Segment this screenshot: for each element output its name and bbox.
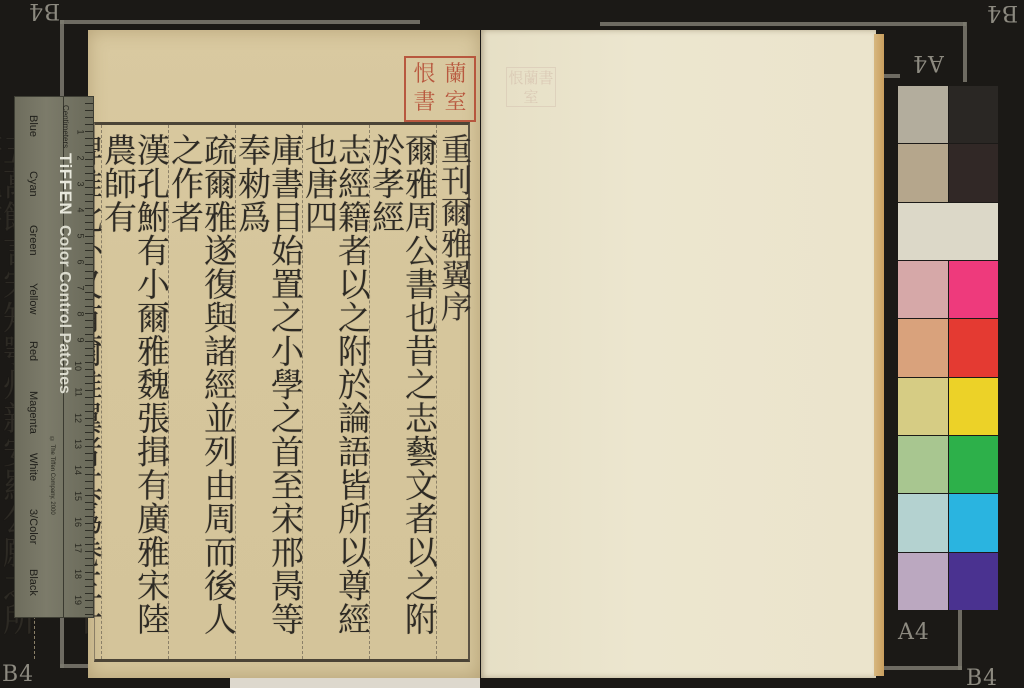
text-column: 庫書目始置之小學之首至宋邢昺等奉勑爲 xyxy=(235,125,302,659)
b4-frame-top xyxy=(60,20,420,24)
color-patch-dark-brown xyxy=(949,144,999,201)
color-patch-violet xyxy=(949,553,999,610)
color-patch-yellow xyxy=(949,378,999,435)
color-patch-light-gray xyxy=(898,86,948,143)
text-block-frame: 重刊爾雅翼序 爾雅周公書也昔之志藝文者以之附於孝經 志經籍者以之附於論語皆所以尊… xyxy=(94,122,470,662)
size-mark-b4-top-left: B4 xyxy=(28,0,60,23)
text-column: 爾雅周公書也昔之志藝文者以之附於孝經 xyxy=(369,125,436,659)
seal-char: 室 xyxy=(440,92,471,114)
patch-label-green: Green xyxy=(27,225,39,256)
page-bottom-slip xyxy=(230,678,480,688)
color-patch-white xyxy=(898,203,998,260)
ruler-tick-label: 11 xyxy=(73,387,83,396)
ghost-seal-char: 蘭 xyxy=(523,69,538,87)
ruler-tick-label: 9 xyxy=(75,337,85,342)
color-patch-green xyxy=(949,436,999,493)
ruler-tick-label: 1 xyxy=(75,129,85,134)
ruler-tick-label: 13 xyxy=(73,439,83,449)
a4-frame-right xyxy=(963,22,967,82)
text-column: 志經籍者以之附於論語皆所以尊經也唐四 xyxy=(302,125,369,659)
printed-page: 恨 蘭 書 室 重刊爾雅翼序 爾雅周公書也昔之志藝文者以之附於孝經 志經籍者以之… xyxy=(88,30,480,678)
patch-label-cyan: Cyan xyxy=(27,171,39,197)
a4-frame-bottom-right xyxy=(958,608,962,670)
color-patch-warm-gray xyxy=(898,144,948,201)
seal-offset-ghost: 恨 蘭 書 室 xyxy=(506,67,556,107)
seal-char: 恨 xyxy=(409,64,440,86)
text-column: 疏爾雅遂復與諸經並列由周而後人之作者 xyxy=(168,125,235,659)
ruler-tick-label: 12 xyxy=(73,413,83,423)
column-text: 爾雅周公書也昔之志藝文者以之附於孝經 xyxy=(370,133,436,659)
size-mark-b4-top-right: B4 xyxy=(986,0,1018,25)
ruler-tick-label: 16 xyxy=(73,517,83,527)
size-mark-a4-upper-right: A4 xyxy=(912,50,944,75)
ghost-seal-char: 室 xyxy=(523,88,538,106)
color-patch-peach xyxy=(898,319,948,376)
ruler-tick-label: 6 xyxy=(75,259,85,264)
patch-label-white: White xyxy=(27,453,39,481)
color-patch-red xyxy=(949,319,999,376)
ruler-tick-label: 5 xyxy=(75,233,85,238)
ruler-tick-label: 14 xyxy=(73,465,83,475)
ruler-tick-label: 4 xyxy=(75,207,85,212)
color-patch-pink xyxy=(898,261,948,318)
seal-char: 書 xyxy=(409,92,440,114)
seal-char: 蘭 xyxy=(440,64,471,86)
color-patch-pale-cyan xyxy=(898,494,948,551)
color-patch-black-dark xyxy=(949,86,999,143)
patch-label-black: Black xyxy=(27,569,39,596)
color-patch-pale-yellow xyxy=(898,378,948,435)
ruler-tick-label: 18 xyxy=(73,569,83,579)
text-columns: 重刊爾雅翼序 爾雅周公書也昔之志藝文者以之附於孝經 志經籍者以之附於論語皆所以尊… xyxy=(95,125,468,659)
patch-label-red: Red xyxy=(27,341,39,361)
ruler-tick-label: 8 xyxy=(75,311,85,316)
ruler-tick-label: 2 xyxy=(75,155,85,160)
color-checker-chart xyxy=(898,86,998,610)
patch-label-3color: 3/Color xyxy=(27,509,39,544)
tiffen-color-strip: 1 2 3 4 5 6 7 8 9 10 11 12 13 14 15 16 1… xyxy=(14,96,94,618)
b4-frame-bottom-left xyxy=(60,664,90,668)
ruler-tick-label: 15 xyxy=(73,491,83,501)
strip-title: Color Control Patches xyxy=(55,225,73,394)
ghost-seal-char: 恨 xyxy=(508,69,523,87)
preface-title: 重刊爾雅翼序 xyxy=(437,133,468,659)
ruler-tick-label: 3 xyxy=(75,181,85,186)
title-column: 重刊爾雅翼序 xyxy=(436,125,468,659)
ruler-tick-label: 17 xyxy=(73,543,83,553)
ruler-tick-label: 19 xyxy=(73,595,83,605)
color-patch-magenta xyxy=(949,261,999,318)
a4-frame-top-right xyxy=(600,22,966,26)
size-mark-b4-bottom-right: B4 xyxy=(966,666,998,688)
ruler-tick-label: 10 xyxy=(73,361,83,371)
column-text: 志經籍者以之附於論語皆所以尊經也唐四 xyxy=(303,133,369,659)
patch-label-yellow: Yellow xyxy=(27,283,39,314)
patch-label-blue: Blue xyxy=(27,115,39,137)
collector-seal: 恨 蘭 書 室 xyxy=(404,56,476,122)
ruler-unit-label: Centimeters xyxy=(61,105,70,148)
color-patch-cyan xyxy=(949,494,999,551)
patch-label-magenta: Magenta xyxy=(27,391,39,434)
copyright-notice: © The Tiffen Company, 2000 xyxy=(49,437,55,515)
size-mark-a4-lower-right: A4 xyxy=(898,620,930,645)
a4-frame-bottom xyxy=(884,666,962,670)
blank-page xyxy=(481,30,876,678)
color-patch-pale-green xyxy=(898,436,948,493)
column-text: 庫書目始置之小學之首至宋邢昺等奉勑爲 xyxy=(236,133,302,659)
tiffen-logo: TiFFEN xyxy=(55,153,75,215)
ruler-tick-label: 7 xyxy=(75,285,85,290)
size-mark-b4-bottom-left: B4 xyxy=(2,662,34,687)
color-patch-lavender xyxy=(898,553,948,610)
column-text: 漢孔鮒有小爾雅魏張揖有廣雅宋陸農師有 xyxy=(102,133,168,659)
page-edge xyxy=(874,34,884,676)
text-column: 漢孔鮒有小爾雅魏張揖有廣雅宋陸農師有 xyxy=(101,125,168,659)
column-text: 疏爾雅遂復與諸經並列由周而後人之作者 xyxy=(169,133,235,659)
ghost-seal-char: 書 xyxy=(539,69,554,87)
